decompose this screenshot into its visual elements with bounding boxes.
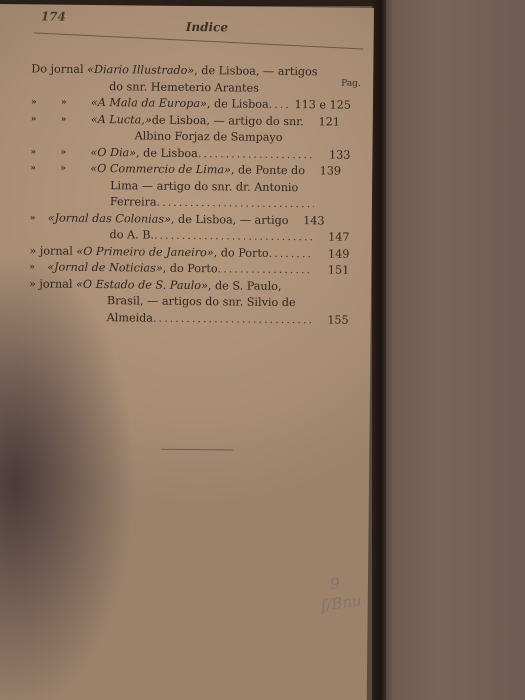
facing-page [378,0,525,700]
entry-page: 149 [313,246,349,263]
handwritten-annotation: 9 ſ/Bnu [309,570,378,622]
entry-title: «Jornal de Noticias» [47,260,163,278]
entry-page: 143 [288,213,324,230]
entry-title: «O Commercio de Lima» [90,161,231,179]
entry-page: 113 e 125 [288,97,351,114]
index-entry: »» «O Commercio de Lima», de Ponte do 13… [30,160,351,213]
entry-continuation: do A. B. [109,227,154,244]
ditto-mark: » [29,259,47,276]
entry-prefix: » jornal [29,243,73,260]
dot-leader [153,310,313,328]
ditto-mark: » [31,94,61,111]
entry-prefix: » jornal [29,276,73,293]
entry-page: 121 [304,114,340,131]
entry-text: , do Porto [163,261,218,278]
entry-continuation: Brasil, — artigos do snr. Silvio de [107,293,296,311]
entry-continuation: Lima — artigo do snr. dr. Antonio [110,178,298,196]
dot-leader [154,228,314,246]
dot-leader [269,245,314,262]
entry-title: «Jornal das Colonias» [48,210,171,228]
ditto-mark: » [60,144,90,161]
entry-continuation: do snr. Hemeterio Arantes [109,79,259,97]
entry-continuation: Albino Forjaz de Sampayo [135,128,283,146]
entry-title: «O Estado de S. Paulo» [76,276,208,294]
entry-title: «O Primeiro de Janeiro» [76,243,213,261]
index-entry: » jornal «O Estado de S. Paulo», de S. P… [29,276,350,329]
entry-text: , de Lisboa [207,96,269,113]
index-entries: Do jornal «Diario Illustrado», de Lisboa… [29,61,352,328]
end-separator-rule [161,449,233,451]
entry-text: , de S. Paulo, [208,278,282,295]
entry-text: de Lisboa, — artigo do snr. [152,112,304,130]
entry-page: 151 [313,262,349,279]
page-number: 174 [41,9,66,23]
entry-page: 133 [314,147,350,164]
dot-leader [198,146,315,164]
entry-text: , de Lisboa, — artigos [194,63,318,81]
running-title: Indice [186,20,228,34]
dot-leader [269,97,289,114]
entry-page: 155 [313,312,349,329]
entry-continuation: Almeida [107,310,153,327]
entry-prefix: Do jornal [31,61,83,78]
index-entry: Do jornal «Diario Illustrado», de Lisboa… [31,61,351,97]
entry-continuation: Ferreira [110,194,157,211]
ditto-mark: » [60,161,90,178]
dot-leader [157,195,314,213]
entry-text: , de Ponte do [231,162,305,179]
dot-leader [218,261,314,278]
page-header: 174 Indice [0,4,374,48]
entry-page: 147 [313,229,349,246]
ditto-mark: » [61,111,91,128]
ditto-mark: » [30,210,48,227]
entry-text: , de Lisboa [136,145,198,162]
entry-page: 139 [305,163,341,180]
entry-title: «Diario Illustrado» [87,62,194,80]
entry-title: «A Mala da Europa» [91,95,207,113]
index-entry: »» «A Lucta,» de Lisboa, — artigo do snr… [31,111,351,147]
ditto-mark: » [61,95,91,112]
entry-title: «A Lucta,» [91,111,152,128]
book-page: 174 Indice Pag. Do jornal «Diario Illust… [0,4,374,700]
entry-text: , de Lisboa, — artigo [171,211,289,229]
header-rule [34,32,364,49]
ditto-mark: » [30,160,60,177]
ditto-mark: » [30,144,60,161]
entry-title: «O Dia» [90,144,136,161]
ditto-mark: » [31,111,61,128]
entry-text: , do Porto [214,245,269,262]
index-entry: » «Jornal das Colonias», de Lisboa, — ar… [30,210,350,246]
